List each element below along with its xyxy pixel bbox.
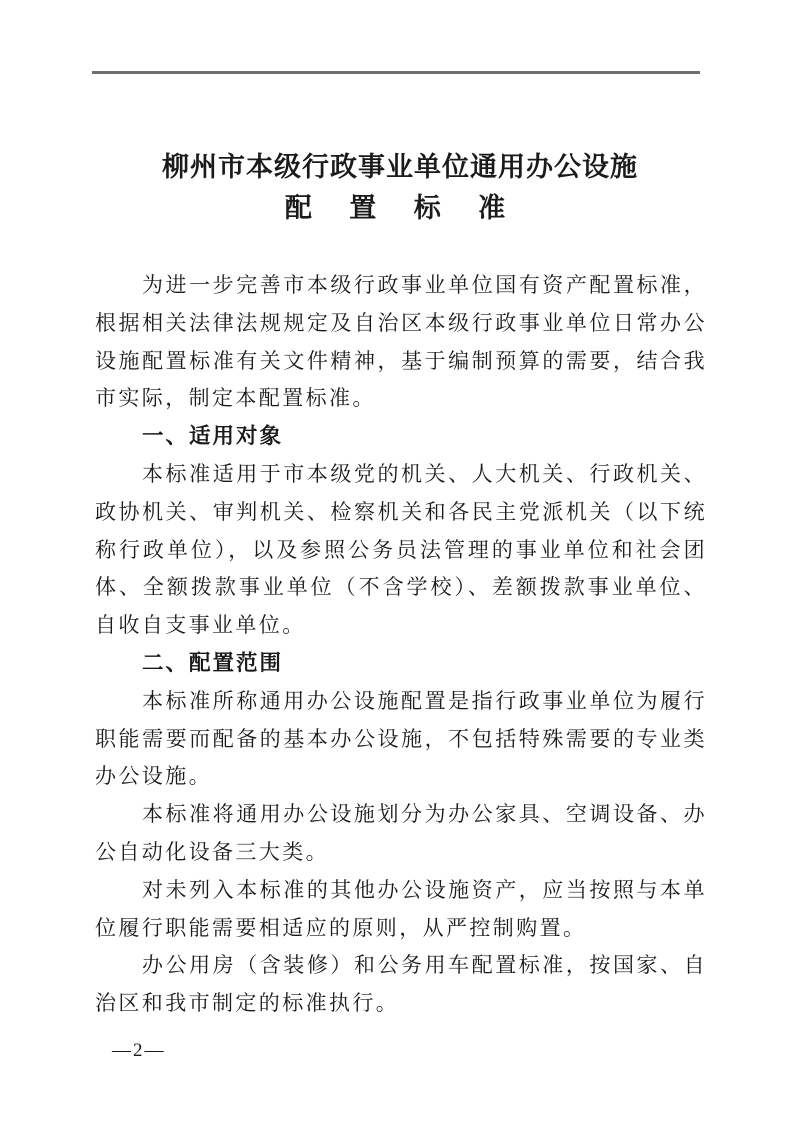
section-heading-2: 二、配置范围 <box>95 645 707 683</box>
body-paragraph: 对未列入本标准的其他办公设施资产，应当按照与本单位履行职能需要相适应的原则，从严… <box>95 872 707 948</box>
body-paragraph: 本标准适用于市本级党的机关、人大机关、行政机关、政协机关、审判机关、检察机关和各… <box>95 456 707 645</box>
document-title: 柳州市本级行政事业单位通用办公设施 配 置 标 准 <box>95 147 705 229</box>
header-rule <box>92 71 700 74</box>
document-body: 为进一步完善市本级行政事业单位国有资产配置标准，根据相关法律法规规定及自治区本级… <box>95 267 707 1023</box>
body-paragraph: 本标准所称通用办公设施配置是指行政事业单位为履行职能需要而配备的基本办公设施，不… <box>95 683 707 796</box>
section-heading-1: 一、适用对象 <box>95 418 707 456</box>
page-number: —2— <box>112 1040 166 1062</box>
body-paragraph: 本标准将通用办公设施划分为办公家具、空调设备、办公自动化设备三大类。 <box>95 796 707 872</box>
document-title-line2: 配 置 标 准 <box>95 188 705 229</box>
body-paragraph: 办公用房（含装修）和公务用车配置标准，按国家、自治区和我市制定的标准执行。 <box>95 947 707 1023</box>
document-page: 柳州市本级行政事业单位通用办公设施 配 置 标 准 为进一步完善市本级行政事业单… <box>0 0 800 1131</box>
body-paragraph: 为进一步完善市本级行政事业单位国有资产配置标准，根据相关法律法规规定及自治区本级… <box>95 267 707 418</box>
document-title-line1: 柳州市本级行政事业单位通用办公设施 <box>95 147 705 188</box>
